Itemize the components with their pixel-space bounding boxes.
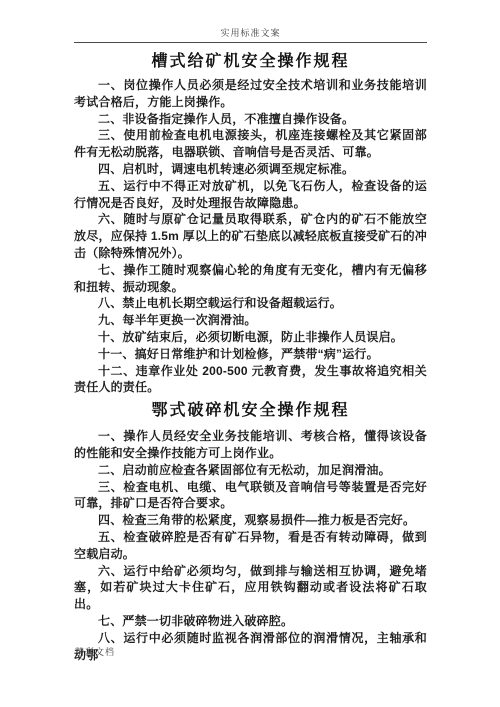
paragraph: 十、放矿结束后，必须切断电源，防止非操作人员误启。: [74, 329, 427, 346]
paragraph: 六、随时与原矿仓记量员取得联系，矿仓内的矿石不能放空放尽，应保持 1.5m 厚以…: [74, 211, 427, 261]
paragraph: 一、操作人员经安全业务技能培训、考核合格，懂得该设备的性能和安全操作技能方可上岗…: [74, 428, 427, 462]
header-text: 实用标准文案: [220, 28, 280, 38]
section-1-title: 槽式给矿机安全操作规程: [74, 52, 427, 72]
paragraph: 六、运行中给矿必须均匀，做到排与输送相互协调，避免堵塞，如若矿块过大卡住矿石，应…: [74, 563, 427, 613]
paragraph: 二、启动前应检查各紧固部位有无松动，加足润滑油。: [74, 462, 427, 479]
paragraph: 七、严禁一切非破碎物进入破碎腔。: [74, 613, 427, 630]
paragraph: 十一、搞好日常维护和计划检修，严禁带“病”运行。: [74, 346, 427, 363]
document-page: 实用标准文案 槽式给矿机安全操作规程 一、岗位操作人员必须是经过安全技术培训和业…: [0, 0, 500, 707]
paragraph: 八、禁止电机长期空载运行和设备超载运行。: [74, 295, 427, 312]
paragraph: 一、岗位操作人员必须是经过安全技术培训和业务技能培训考试合格后，方能上岗操作。: [74, 77, 427, 111]
paragraph: 三、使用前检查电机电源接头，机座连接螺栓及其它紧固部件有无松动脱落，电器联锁、音…: [74, 127, 427, 161]
paragraph: 二、非设备指定操作人员，不准擅自操作设备。: [74, 111, 427, 128]
paragraph: 四、启机时，调速电机转速必须调至规定标准。: [74, 161, 427, 178]
paragraph: 七、操作工随时观察偏心轮的角度有无变化，槽内有无偏移和扭转、振动现象。: [74, 262, 427, 296]
paragraph: 五、检查破碎腔是否有矿石异物，看是否有转动障碍，做到空载启动。: [74, 529, 427, 563]
document-content: 槽式给矿机安全操作规程 一、岗位操作人员必须是经过安全技术培训和业务技能培训考试…: [74, 52, 427, 663]
page-footer: 精彩文档: [75, 645, 115, 658]
paragraph: 三、检查电机、电缆、电气联锁及音响信号等装置是否完好可靠，排矿口是否符合要求。: [74, 479, 427, 513]
section-2-title: 鄂式破碎机安全操作规程: [74, 401, 427, 421]
paragraph: 四、检查三角带的松紧度，观察易损件—推力板是否完好。: [74, 512, 427, 529]
paragraph: 五、运行中不得正对放矿机，以免飞石伤人，检查设备的运行情况是否良好，及时处理报告…: [74, 178, 427, 212]
page-header: 实用标准文案: [74, 26, 427, 43]
paragraph: 九、每半年更换一次润滑油。: [74, 312, 427, 329]
paragraph: 八、运行中必须随时监视各润滑部位的润滑情况，主轴承和动鄂: [74, 630, 427, 664]
paragraph: 十二、违章作业处 200-500 元教育费，发生事故将追究相关责任人的责任。: [74, 363, 427, 397]
footer-text: 精彩文档: [75, 647, 115, 657]
